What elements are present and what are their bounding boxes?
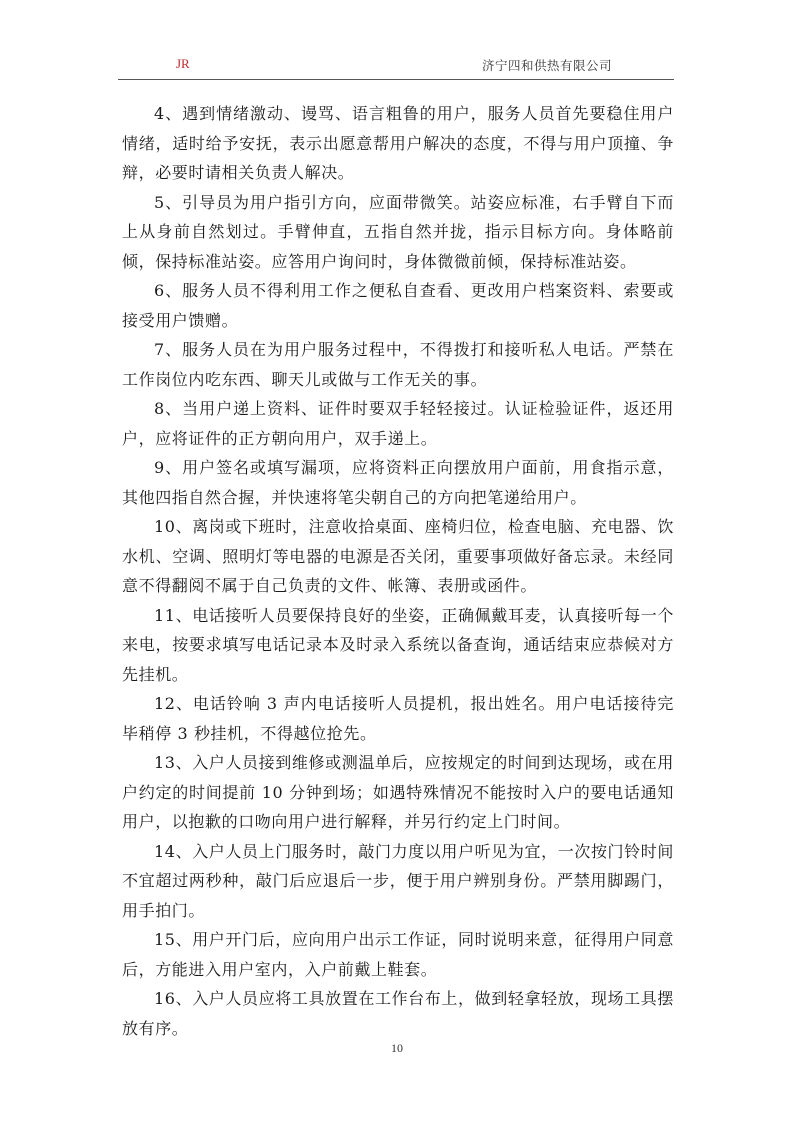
paragraph-item-6: 6、服务人员不得利用工作之便私自查看、更改用户档案资料、索要或接受用户馈赠。 [122, 276, 674, 335]
header-company-name: 济宁四和供热有限公司 [482, 56, 612, 74]
paragraph-item-4: 4、遇到情绪激动、谩骂、语言粗鲁的用户，服务人员首先要稳住用户情绪，适时给予安抚… [122, 99, 674, 188]
paragraph-item-15: 15、用户开门后，应向用户出示工作证，同时说明来意，征得用户同意后，方能进入用户… [122, 925, 674, 984]
paragraph-item-16: 16、入户人员应将工具放置在工作台布上，做到轻拿轻放，现场工具摆放有序。 [122, 984, 674, 1043]
header-logo-mark: JR [176, 56, 190, 72]
paragraph-item-13: 13、入户人员接到维修或测温单后，应按规定的时间到达现场，或在用户约定的时间提前… [122, 748, 674, 837]
paragraph-item-11: 11、电话接听人员要保持良好的坐姿，正确佩戴耳麦，认真接听每一个来电，按要求填写… [122, 601, 674, 690]
paragraph-item-10: 10、离岗或下班时，注意收拾桌面、座椅归位，检查电脑、充电器、饮水机、空调、照明… [122, 512, 674, 601]
paragraph-item-12: 12、电话铃响 3 声内电话接听人员提机，报出姓名。用户电话接待完毕稍停 3 秒… [122, 689, 674, 748]
paragraph-item-5: 5、引导员为用户指引方向，应面带微笑。站姿应标准，右手臂自下而上从身前自然划过。… [122, 188, 674, 277]
paragraph-item-7: 7、服务人员在为用户服务过程中，不得拨打和接听私人电话。严禁在工作岗位内吃东西、… [122, 335, 674, 394]
page-header: JR 济宁四和供热有限公司 [120, 56, 674, 76]
paragraph-item-8: 8、当用户递上资料、证件时要双手轻轻接过。认证检验证件，返还用户，应将证件的正方… [122, 394, 674, 453]
paragraph-item-14: 14、入户人员上门服务时，敲门力度以用户听见为宜，一次按门铃时间不宜超过两秒种，… [122, 837, 674, 926]
paragraph-item-9: 9、用户签名或填写漏项，应将资料正向摆放用户面前，用食指示意，其他四指自然合握，… [122, 453, 674, 512]
page-number: 10 [0, 1041, 794, 1056]
header-divider [118, 79, 674, 80]
document-body: 4、遇到情绪激动、谩骂、语言粗鲁的用户，服务人员首先要稳住用户情绪，适时给予安抚… [122, 99, 674, 1043]
